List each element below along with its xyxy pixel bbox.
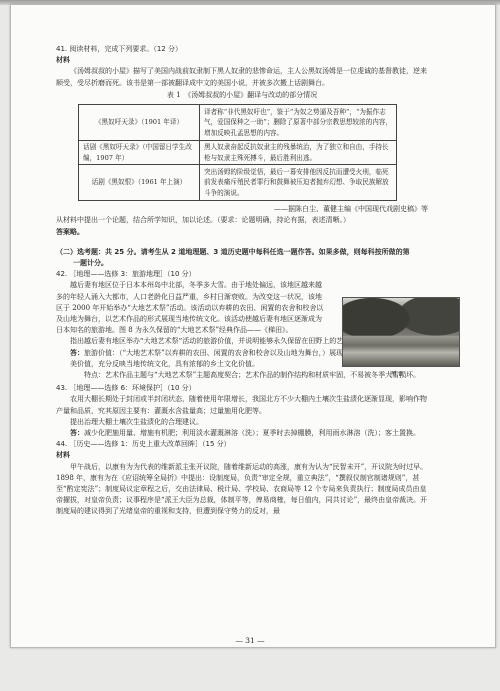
table-cell-desc: 突出汤姆的阶级觉悟，最后一幕安排他因反抗而遭受火刑，临死前发表痛斥殖民者罪行和鼓…: [200, 165, 397, 201]
q44-material-label: 材料: [56, 450, 428, 461]
q42-header: 42. ［地理——选修 3：旅游地理］（10 分）: [56, 269, 428, 280]
table-cell-work: 话剧《黑奴吁天录》（中国留日学生改编，1907 年）: [79, 141, 200, 165]
q41-header: 41. 阅读材料，完成下列要求。（12 分）: [56, 44, 428, 55]
translation-table: 《黑奴吁天录》（1901 年译） 译者称“非代黑奴吁也”，鉴于“为奴之势逼及吾种…: [78, 104, 397, 201]
table-row: 话剧《黑奴恨》（1961 年上演） 突出汤姆的阶级觉悟，最后一幕安排他因反抗而遭…: [79, 165, 397, 201]
table-row: 话剧《黑奴吁天录》（中国留日学生改编，1907 年） 黑人奴隶奋起反抗奴隶主的残…: [79, 141, 397, 165]
q41-material-label: 材料: [56, 55, 428, 66]
q41-prompt: 从材料中提出一个论题，结合所学知识，加以论述。（要求：论题明确，持论有据，表述清…: [56, 215, 428, 226]
feature-text: 艺术作品主题与“大地艺术祭”主题高度契合；艺术作品的制作结构和材质牢固，不易被冬…: [105, 371, 420, 379]
table-row: 《黑奴吁天录》（1901 年译） 译者称“非代黑奴吁也”，鉴于“为奴之势逼及吾种…: [79, 105, 397, 141]
q43-prompt: 提出治理大棚土壤次生盐渍化的合理建议。: [56, 417, 428, 428]
page-number: — 31 —: [0, 636, 500, 645]
q44-header: 44. ［历史——选修 1：历史上重大改革回眸］（15 分）: [56, 439, 428, 450]
section2-header-cont: 一题计分。: [56, 258, 428, 269]
q41-source: ——据陈白尘、董健主编《中国现代戏剧史稿》等: [56, 204, 428, 215]
feature-prefix: 特点：: [84, 371, 105, 379]
table-cell-desc: 译者称“非代黑奴吁也”，鉴于“为奴之势逼及吾种”，“为振作志气，爱国保种之一助”…: [200, 105, 397, 141]
q44-text: 甲午战后，以康有为为代表的维新派主张开议院，随着维新运动的高涨，康有为认为“民智…: [56, 462, 428, 518]
answer-value-prefix: 旅游价值：: [84, 349, 119, 357]
answer-text: 减少化肥施用量、增施有机肥；利用淡水灌溉淋溶（洗）；夏季时去掉棚膜，利用雨水淋溶…: [84, 429, 420, 437]
table-cell-work: 话剧《黑奴恨》（1961 年上演）: [79, 165, 200, 201]
page-content: 41. 阅读材料，完成下列要求。（12 分） 材料 《汤姆叔叔的小屋》描写了美国…: [56, 44, 428, 518]
q43-header: 43. ［地理——选修 6：环境保护］（10 分）: [56, 383, 428, 394]
table-caption: 表 1 《汤姆叔叔的小屋》翻译与改动的部分情况: [56, 90, 428, 101]
table-cell-desc: 黑人奴隶奋起反抗奴隶主的残暴统治，为了独立和自由，手持长枪与奴隶主殊死搏斗，最后…: [200, 141, 397, 165]
q43-answer: 答：减少化肥施用量、增施有机肥；利用淡水灌溉淋溶（洗）；夏季时去掉棚膜，利用雨水…: [56, 428, 428, 439]
q43-text: 农用大棚长期处于封闭或半封闭状态，随着使用年限增长，我国北方不少大棚内土壤次生盐…: [56, 394, 428, 416]
q41-material-text: 《汤姆叔叔的小屋》描写了美国内战前奴隶制下黑人奴隶的悲惨命运，主人公黑奴汤姆是一…: [56, 66, 428, 88]
terraced-field-photo: [342, 297, 460, 367]
answer-label: 答：: [70, 349, 84, 357]
answer-label: 答：: [70, 429, 84, 437]
section2-header: （二）选考题：共 25 分。请考生从 2 道地理题、3 道历史题中每科任选一题作…: [56, 247, 428, 258]
table-cell-work: 《黑奴吁天录》（1901 年译）: [79, 105, 200, 141]
figure-caption: 图 8: [390, 369, 403, 378]
q42-feature: 特点：艺术作品主题与“大地艺术祭”主题高度契合；艺术作品的制作结构和材质牢固，不…: [56, 370, 428, 381]
q42-text: 越后妻有地区位于日本本州岛中北部，冬季多大雪。由于地处偏远，该地区越来越多的年轻…: [56, 280, 328, 336]
q41-answer: 答案略。: [56, 227, 428, 238]
